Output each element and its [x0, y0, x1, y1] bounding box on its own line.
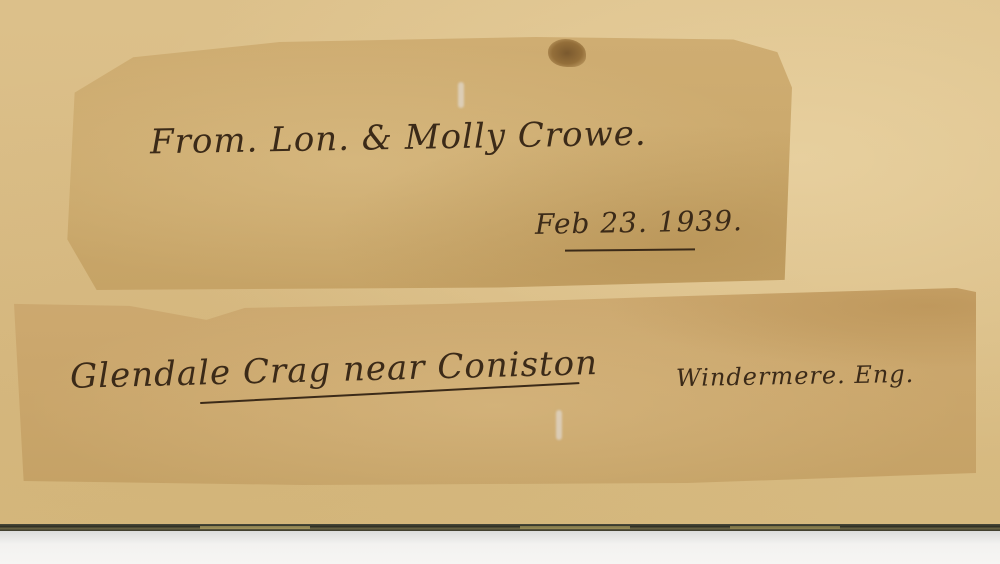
table-surface	[0, 531, 1000, 564]
ink-stain	[548, 39, 586, 67]
photo-scene: From. Lon. & Molly Crowe. Feb 23. 1939. …	[0, 0, 1000, 564]
scuff-mark	[458, 82, 464, 108]
inscription-date: Feb 23. 1939.	[535, 204, 743, 241]
board-bottom-edge	[0, 524, 1000, 531]
scuff-mark	[556, 410, 562, 440]
upper-paper-slip	[60, 37, 792, 290]
inscription-region: Windermere. Eng.	[676, 360, 915, 392]
